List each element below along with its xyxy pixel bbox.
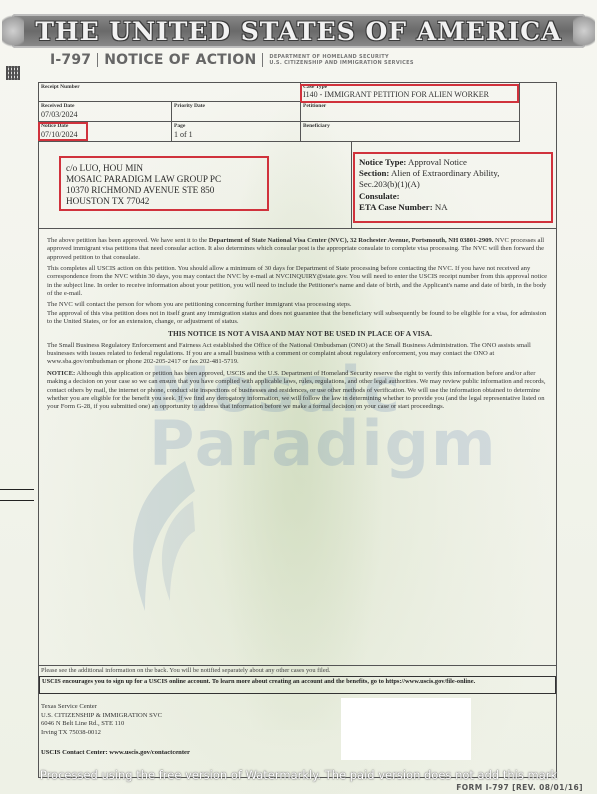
petitioner-label: Petitioner xyxy=(303,103,326,109)
mailing-address: c/o LUO, HOU MIN MOSAIC PARADIGM LAW GRO… xyxy=(59,156,269,211)
consulate-label: Consulate: xyxy=(359,191,400,201)
department-line-2: U.S. CITIZENSHIP AND IMMIGRATION SERVICE… xyxy=(269,60,413,66)
divider xyxy=(97,53,98,67)
paragraph-ombudsman: The Small Business Regulatory Enforcemen… xyxy=(47,342,553,367)
watermark-line-2: Paradigm xyxy=(149,417,498,471)
online-account-text: USCIS encourages you to sign up for a US… xyxy=(42,678,475,685)
notice-frame: Receipt Number Case Type I140 - IMMIGRAN… xyxy=(38,82,557,778)
eta-case-number: ETA Case Number: NA xyxy=(359,202,547,213)
priority-date-cell: Priority Date xyxy=(172,102,301,122)
paragraph-notice: NOTICE: Although this application or pet… xyxy=(47,370,553,411)
service-center-line-4: Irving TX 75038-0012 xyxy=(41,729,162,738)
receipt-number-cell: Receipt Number xyxy=(39,83,301,102)
service-center-line-2: U.S. CITIZENSHIP & IMMIGRATION SVC xyxy=(41,712,162,721)
eta-label: ETA Case Number: xyxy=(359,202,433,212)
form-revision: FORM I-797 [REV. 08/01/16] xyxy=(456,783,583,792)
nvc-address: Department of State National Visa Center… xyxy=(209,237,494,244)
received-date-cell: Received Date 07/03/2024 xyxy=(39,102,172,122)
section-code: Sec.203(b)(1)(A) xyxy=(359,179,547,190)
department-name: DEPARTMENT OF HOMELAND SECURITY U.S. CIT… xyxy=(269,54,413,66)
fold-marks xyxy=(0,489,34,511)
address-line-4: HOUSTON TX 77042 xyxy=(66,196,262,207)
petitioner-cell: Petitioner xyxy=(301,102,519,122)
banner-title: THE UNITED STATES OF AMERICA xyxy=(35,17,561,46)
address-line-2: MOSAIC PARADIGM LAW GROUP PC xyxy=(66,174,262,185)
section: Section: Alien of Extraordinary Ability, xyxy=(359,168,547,179)
divider xyxy=(262,53,263,67)
paragraph-nvc-steps: The NVC will contact the person for whom… xyxy=(47,301,553,309)
contact-center: USCIS Contact Center: www.uscis.gov/cont… xyxy=(41,749,190,756)
watermark-logo-icon xyxy=(115,461,195,611)
paragraph-nvc-contact: This completes all USCIS action on this … xyxy=(47,265,553,298)
section-value: Alien of Extraordinary Ability, xyxy=(391,168,499,178)
paragraph-no-status: The approval of this visa petition does … xyxy=(47,310,553,327)
receipt-number-label: Receipt Number xyxy=(41,84,80,90)
received-date-value: 07/03/2024 xyxy=(41,110,77,119)
eta-value: NA xyxy=(435,202,448,212)
priority-date-label: Priority Date xyxy=(174,103,205,109)
grid-line xyxy=(519,83,520,142)
not-a-visa-warning: THIS NOTICE IS NOT A VISA AND MAY NOT BE… xyxy=(47,330,553,338)
notice-info: Notice Type: Approval Notice Section: Al… xyxy=(353,152,553,223)
notice-type-label: Notice Type: xyxy=(359,157,406,167)
page-label: Page xyxy=(174,123,185,129)
address-line-1: c/o LUO, HOU MIN xyxy=(66,163,262,174)
beneficiary-label: Beneficiary xyxy=(303,123,330,129)
service-center-line-3: 6046 N Belt Line Rd., STE 110 xyxy=(41,720,162,729)
notice-body: The above petition has been approved. We… xyxy=(47,237,553,415)
redacted-area xyxy=(341,698,471,760)
form-title: NOTICE OF ACTION xyxy=(104,52,256,68)
page-value: 1 of 1 xyxy=(174,130,193,139)
address-line-3: 10370 RICHMOND AVENUE STE 850 xyxy=(66,185,262,196)
online-account-notice: USCIS encourages you to sign up for a US… xyxy=(39,676,556,694)
grid-line xyxy=(39,665,556,666)
paragraph-approval: The above petition has been approved. We… xyxy=(47,237,553,262)
notice-label: NOTICE: xyxy=(47,370,75,377)
additional-info-note: Please see the additional information on… xyxy=(41,667,330,674)
received-date-label: Received Date xyxy=(41,103,74,109)
service-center-line-1: Texas Service Center xyxy=(41,703,162,712)
form-code: I-797 xyxy=(50,52,91,68)
grid-line xyxy=(351,142,352,228)
2d-barcode-icon xyxy=(6,66,20,80)
section-label: Section: xyxy=(359,168,389,178)
page-cell: Page 1 of 1 xyxy=(172,122,301,142)
notice-date-highlight xyxy=(38,122,88,141)
case-type-highlight xyxy=(300,84,519,103)
grid-line xyxy=(39,228,556,229)
beneficiary-cell: Beneficiary xyxy=(301,122,519,142)
form-header: I-797 NOTICE OF ACTION DEPARTMENT OF HOM… xyxy=(50,50,414,70)
service-center-address: Texas Service Center U.S. CITIZENSHIP & … xyxy=(41,703,162,737)
consulate: Consulate: xyxy=(359,191,547,202)
banner: THE UNITED STATES OF AMERICA xyxy=(12,14,585,48)
watermarkly-notice: Processed using the free version of Wate… xyxy=(0,768,597,782)
notice-type-value: Approval Notice xyxy=(408,157,467,167)
notice-type: Notice Type: Approval Notice xyxy=(359,157,547,168)
